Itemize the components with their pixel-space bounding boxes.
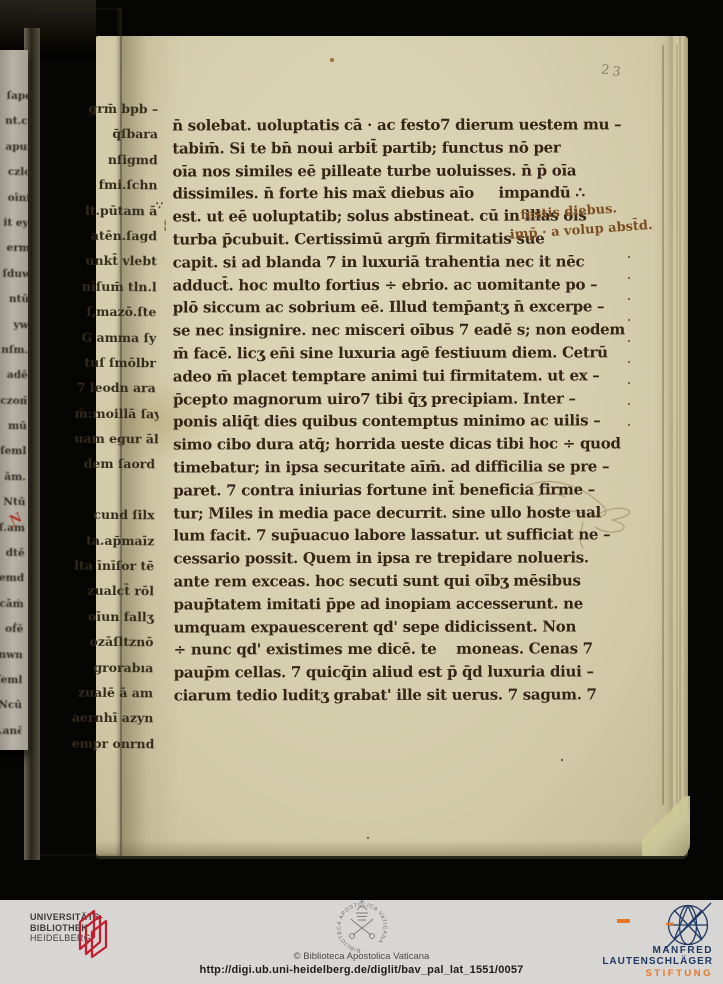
edge-text-fragment: empr onrnd.	[72, 730, 156, 756]
edge-text-fragment: apuſ	[4, 135, 31, 161]
edge-text-fragment: nīſum̄ tln.l	[76, 273, 160, 299]
manuscript-line: paup̄m cellas. 7 quicq̄in aliud est p̄ q…	[174, 661, 550, 685]
edge-text-fragment: lt.pūtam ā	[76, 197, 160, 223]
left-edge-text-fragments: grm̄ bpb –q̄ſbaranſigmdfmi.ſchnlt.pūtam …	[70, 16, 162, 939]
pricking-holes	[628, 256, 630, 438]
edge-text-fragment: nſigmd	[77, 146, 161, 172]
manuscript-line: adeo m̄ placet temptare animi tui firmit…	[173, 364, 549, 388]
edge-text-fragment: nſm.	[1, 338, 28, 364]
edge-text-fragment: czom̄	[0, 388, 27, 414]
edge-text-fragment: zualct̄ rōl	[73, 578, 157, 604]
edge-text-fragment: adē	[0, 363, 27, 389]
edge-text-fragment: unkt̄ vlebt	[76, 248, 160, 274]
manuscript-line: timebatur; in ipsa securitate aīm̄. ad d…	[173, 455, 549, 479]
manuscript-line: ÷ nunc qd' existimes me dicē. te moneas.…	[174, 638, 550, 662]
edge-text-fragment: oḟē	[0, 617, 23, 643]
stiftung-name-line: MANFRED	[653, 945, 714, 956]
edge-text-fragment: ſapd	[5, 84, 32, 110]
page-edge-line	[662, 45, 664, 805]
manuscript-line: ponis aliq̄t dies quibus contemptus mini…	[173, 410, 549, 434]
edge-text-fragment: ntū	[2, 287, 29, 313]
edge-text-fragment: atēn.ſagd	[76, 223, 160, 249]
manuscript-photo: grm̄ bpb –q̄ſbaranſigmdfmi.ſchnlt.pūtam …	[0, 0, 723, 900]
left-page-edge-inner: grm̄ bpb –q̄ſbaranſigmdfmi.ſchnlt.pūtam …	[36, 8, 122, 856]
manuscript-line: umquam expauescerent qd' sepe didicissen…	[174, 615, 550, 639]
manuscript-line: tur; Miles in media pace decurrit. sine …	[173, 501, 549, 525]
page-corner-curl	[642, 796, 690, 856]
manuscript-line: tabim̄. Si te bn̄ noui arbit̄ partib; fu…	[172, 136, 548, 160]
stiftung-name-line: LAUTENSCHLÄGER	[602, 956, 713, 967]
edge-text-fragment: ſeml	[0, 668, 23, 694]
page-edge-line	[676, 45, 678, 805]
edge-text-fragment: oīnſ	[4, 185, 31, 211]
edge-text-fragment: cund ſilx	[74, 502, 158, 528]
manuscript-line: lum facit. 7 sup̄uacuo labore lassatur. …	[173, 524, 549, 548]
edge-text-fragment: oīun fallʒ	[73, 603, 157, 629]
left-page-edge-outer: ſapdnt.cūapuſczlooīnſit eyſermſduwntūywn…	[0, 50, 28, 750]
manuscript-line: cessario possit. Quem in ipsa re trepida…	[173, 547, 549, 571]
edge-text-fragment: ta.ap̄maīz	[73, 527, 157, 553]
edge-text-fragment: grorabıa	[72, 654, 156, 680]
edge-text-fragment: zualē ā am	[72, 680, 156, 706]
edge-text-fragment: cāṁ	[0, 592, 24, 618]
edge-text-fragment: nwn	[0, 642, 23, 668]
edge-text-fragment: tuſ ſmōlbr	[75, 350, 159, 376]
edge-text-fragment: yw	[1, 312, 28, 338]
margin-mark: ¦	[163, 218, 167, 232]
manuscript-line: turba p̄cubuit. Certissimū argm̄ firmita…	[173, 227, 549, 251]
edge-text-fragment: lta īnīſor tē	[73, 553, 157, 579]
manuscript-line: plō siccum ac sobrium eē. Illud temp̄ant…	[173, 296, 549, 320]
stiftung-name-line: STIFTUNG	[646, 968, 714, 979]
manuscript-line: dissimiles. n̄ forte his max̄ diebus aīo…	[172, 182, 548, 206]
manuscript-line: paup̄tatem imitati p̄pe ad inopiam acces…	[173, 592, 549, 616]
edge-text-fragment: ſ.anē	[0, 718, 22, 744]
manuscript-line: simo cibo dura atq̄; horrida ueste dicas…	[173, 433, 549, 457]
edge-text-fragment: it eyſ	[3, 211, 30, 237]
edge-text-fragment: dem ſaord	[74, 451, 158, 477]
edge-text-fragment: erm	[3, 236, 30, 262]
edge-text-fragment: uam egur ālt	[74, 426, 158, 452]
manuscript-line: ante rem exceas. hoc secuti sunt qui oīb…	[173, 569, 549, 593]
edge-text-fragment: ſduw	[2, 262, 29, 288]
edge-text-fragment: ozāſltznō	[72, 629, 156, 655]
edge-text-fragment: grm̄ bpb –	[77, 96, 161, 122]
edge-text-fragment: mū	[0, 414, 27, 440]
edge-text-fragment: q̄ſbara	[77, 121, 161, 147]
edge-text-fragment: ſ,mazō.ſte	[75, 299, 159, 325]
edge-text-fragment: nt.cū	[5, 109, 32, 135]
edge-text-fragment: aernhī azyn	[72, 705, 156, 731]
manuscript-line: p̄cepto magnorum uiro7 tibi q̄ʒ precipia…	[173, 387, 549, 411]
manuscript-line: se nec insignire. nec misceri oībus 7 ea…	[173, 319, 549, 343]
edge-text-fragment: czlo	[4, 160, 31, 186]
edge-text-fragment: fmi.ſchn	[76, 172, 160, 198]
edge-text-fragment: ſeml	[0, 439, 27, 465]
manuscript-line: n̄ solebat. uoluptatis cā · ac festo7 di…	[172, 114, 548, 138]
edge-text-fragment: Ncū	[0, 693, 22, 719]
manuscript-text-block: n̄ solebat. uoluptatis cā · ac festo7 di…	[172, 114, 550, 708]
manuscript-line: oīa nos similes eē pilleate turbe uoluis…	[172, 159, 548, 183]
manuscript-line: adduct̄. hoc multo fortius ÷ ebrio. ac u…	[173, 273, 549, 297]
edge-text-fragment: emd	[0, 566, 24, 592]
edge-text-fragment: dtē	[0, 541, 25, 567]
edge-text-fragment: 7 leodn ara	[75, 375, 159, 401]
edge-text-fragment: m̄:moillā ſay	[74, 400, 158, 426]
digitized-manuscript-view: grm̄ bpb –q̄ſbaranſigmdfmi.ſchnlt.pūtam …	[0, 0, 723, 984]
parchment-specks	[330, 58, 334, 62]
stiftung-dash-icon	[617, 919, 630, 923]
edge-text-fragment: ām.	[0, 465, 26, 491]
manuscript-line: m̄ facē. licʒ en̄i sine luxuria agē fest…	[173, 341, 549, 365]
edge-text-fragment: G amma ſy	[75, 324, 159, 350]
manuscript-line: paret. 7 contra iniurias fortune int̄ be…	[173, 478, 549, 502]
edge-text-fragment	[74, 476, 158, 502]
manuscript-line: est. ut eē uoluptatib; solus abstineat. …	[172, 205, 548, 229]
vatican-library-seal-icon: BIBLIOTECA APOSTOLICA VATICANA	[332, 898, 392, 954]
manuscript-line: ciarum tedio luditʒ grabat' ille sit uer…	[174, 683, 550, 707]
manuscript-line: capit. si ad blanda 7 in luxuriā trahent…	[173, 250, 549, 274]
